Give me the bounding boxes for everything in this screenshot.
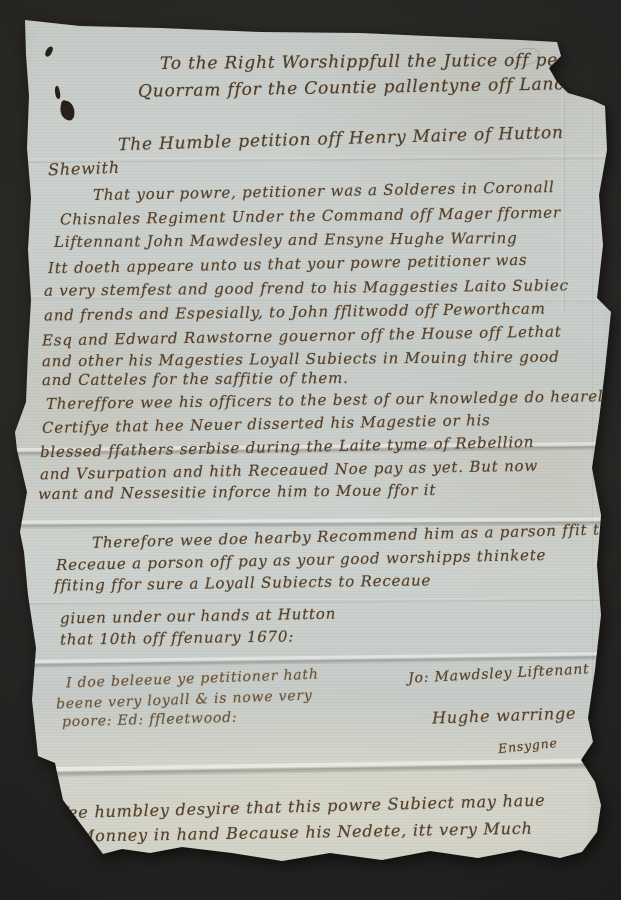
photo-backdrop: To the Right Worshippfull the Jutice off… [0,0,621,900]
signature: Ensygne [497,735,558,756]
body-line: Thereffore wee his officers to the best … [46,387,613,413]
fold-crease [0,758,621,778]
dateline: giuen under our hands at Hutton [60,605,336,628]
fold-crease [0,597,621,605]
dateline: that 10th off ffenuary 1670: [60,627,294,648]
postscript-line: sum Monney in hand Because his Nedete, i… [36,819,533,847]
body-line: blessed ffathers serbise during the Lait… [40,433,535,461]
paper-wrap: To the Right Worshippfull the Jutice off… [0,0,621,900]
ink-blot [44,45,54,57]
body-line: and frends and Espesially, to John fflit… [44,299,546,324]
fold-crease-vertical [562,42,565,312]
heading-line: Quorram ffor the Countie pallentyne off … [138,74,565,101]
body-line: Chisnales Regiment Under the Command off… [60,204,561,229]
body-line: Esq and Edward Rawstorne gouernor off th… [42,322,562,349]
heading-line: To the Right Worshippfull the Jutice off… [160,50,590,74]
manuscript-paper: To the Right Worshippfull the Jutice off… [0,0,621,900]
body-line: want and Nessesitie inforce him to Moue … [38,481,436,503]
body-line: and Catteles for the saffitie of them. [42,369,349,389]
body-line: Liftennant John Mawdesley and Ensyne Hug… [54,229,518,251]
salutation: Shewith [48,158,121,179]
body-line: Itt doeth appeare unto us that your powr… [48,251,528,277]
signature: Hughe warringe [432,703,577,727]
signature: Jo: Mawdsley Liftenant [408,661,590,686]
recommendation-line: ffiting ffor sure a Loyall Subiects to R… [54,571,431,594]
petition-title: The Humble petition off Henry Maire of H… [118,123,564,155]
body-line: a very stemfest and good frend to his Ma… [44,276,569,299]
attestation-line: beene very loyall & is nowe very [56,688,313,713]
ink-blot [58,100,76,121]
ink-blot [54,86,62,100]
fold-crease-vertical [590,100,593,760]
attestation-line: poore: Ed: ffleetwood: [62,710,238,731]
body-line: and other his Magesties Loyall Subiects … [42,348,560,371]
body-line: and Vsurpation and hith Receaued Noe pay… [40,457,538,484]
body-line: That your powre, petitioner was a Solder… [93,178,555,204]
postscript-line: Wee humbley desyire that this powre Subi… [52,791,546,823]
body-line: Certifye that hee Neuer disserted his Ma… [42,411,491,437]
